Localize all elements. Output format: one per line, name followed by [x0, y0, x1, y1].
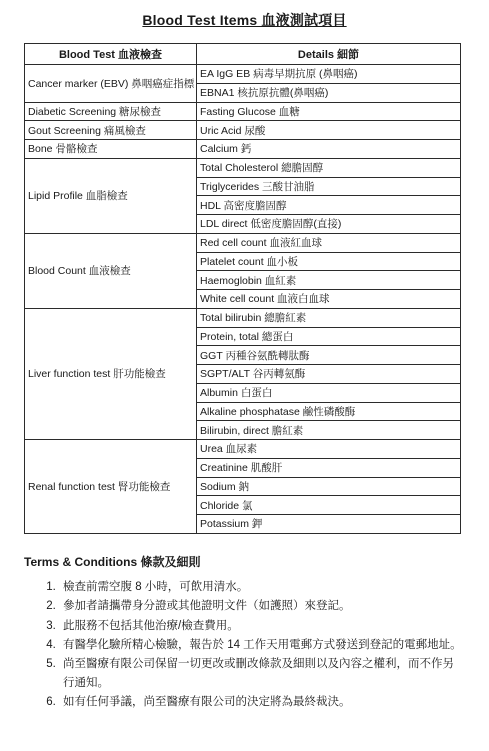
- detail-cell: Platelet count 血小板: [197, 252, 461, 271]
- table-row: Bone 骨骼檢查 Calcium 鈣: [25, 140, 461, 159]
- detail-cell: Potassium 鉀: [197, 515, 461, 534]
- table-row: Cancer marker (EBV) 鼻咽癌症指標 EA IgG EB 病毒早…: [25, 65, 461, 84]
- detail-cell: Fasting Glucose 血糖: [197, 102, 461, 121]
- terms-item: 參加者請攜帶身分證或其他證明文件（如護照）來登記。: [59, 597, 465, 615]
- blood-test-table: Blood Test 血液檢查 Details 細節 Cancer marker…: [24, 43, 461, 534]
- category-cell-lipid-profile: Lipid Profile 血脂檢查: [25, 158, 197, 233]
- detail-cell: White cell count 血液白血球: [197, 290, 461, 309]
- table-row: Lipid Profile 血脂檢查 Total Cholesterol 總膽固…: [25, 158, 461, 177]
- category-cell-diabetic: Diabetic Screening 糖尿檢查: [25, 102, 197, 121]
- detail-cell: Sodium 鈉: [197, 477, 461, 496]
- detail-cell: Alkaline phosphatase 鹼性磷酸酶: [197, 402, 461, 421]
- detail-cell: Triglycerides 三酸甘油脂: [197, 177, 461, 196]
- column-header-details: Details 細節: [197, 44, 461, 65]
- category-cell-bone: Bone 骨骼檢查: [25, 140, 197, 159]
- category-cell-renal-function: Renal function test 腎功能檢查: [25, 440, 197, 534]
- detail-cell: Protein, total 總蛋白: [197, 327, 461, 346]
- table-row: Diabetic Screening 糖尿檢查 Fasting Glucose …: [25, 102, 461, 121]
- detail-cell: EA IgG EB 病毒早期抗原 (鼻咽癌): [197, 65, 461, 84]
- detail-cell: Uric Acid 尿酸: [197, 121, 461, 140]
- detail-cell: Red cell count 血液紅血球: [197, 233, 461, 252]
- detail-cell: Total Cholesterol 總膽固醇: [197, 158, 461, 177]
- detail-cell: EBNA1 核抗原抗體(鼻咽癌): [197, 83, 461, 102]
- terms-item: 此服務不包括其他治療/檢查費用。: [59, 617, 465, 635]
- document-page: Blood Test Items 血液測試項目 Blood Test 血液檢查 …: [0, 0, 489, 751]
- table-header-row: Blood Test 血液檢查 Details 細節: [25, 44, 461, 65]
- category-cell-liver-function: Liver function test 肝功能檢查: [25, 308, 197, 439]
- detail-cell: Chloride 氯: [197, 496, 461, 515]
- terms-list: 檢查前需空腹 8 小時，可飲用清水。 參加者請攜帶身分證或其他證明文件（如護照）…: [24, 578, 465, 712]
- detail-cell: LDL direct 低密度膽固醇(直接): [197, 215, 461, 234]
- detail-cell: SGPT/ALT 谷丙轉氨酶: [197, 365, 461, 384]
- detail-cell: Calcium 鈣: [197, 140, 461, 159]
- table-row: Gout Screening 痛風檢查 Uric Acid 尿酸: [25, 121, 461, 140]
- terms-item: 如有任何爭議，尚至醫療有限公司的決定將為最終裁決。: [59, 693, 465, 711]
- detail-cell: Total bilirubin 總膽紅素: [197, 308, 461, 327]
- detail-cell: Bilirubin, direct 膽紅素: [197, 421, 461, 440]
- table-row: Renal function test 腎功能檢查 Urea 血尿素: [25, 440, 461, 459]
- detail-cell: HDL 高密度膽固醇: [197, 196, 461, 215]
- detail-cell: Creatinine 肌酸肝: [197, 458, 461, 477]
- page-title: Blood Test Items 血液測試項目: [24, 10, 465, 30]
- category-cell-blood-count: Blood Count 血液檢查: [25, 233, 197, 308]
- table-row: Liver function test 肝功能檢查 Total bilirubi…: [25, 308, 461, 327]
- column-header-blood-test: Blood Test 血液檢查: [25, 44, 197, 65]
- category-cell-cancer-marker: Cancer marker (EBV) 鼻咽癌症指標: [25, 65, 197, 103]
- table-row: Blood Count 血液檢查 Red cell count 血液紅血球: [25, 233, 461, 252]
- terms-heading: Terms & Conditions 條款及細則: [24, 553, 465, 570]
- terms-item: 檢查前需空腹 8 小時，可飲用清水。: [59, 578, 465, 596]
- category-cell-gout: Gout Screening 痛風檢查: [25, 121, 197, 140]
- detail-cell: Haemoglobin 血紅素: [197, 271, 461, 290]
- terms-item: 尚至醫療有限公司保留一切更改或刪改條款及細則以及內容之權利，而不作另行通知。: [59, 655, 465, 692]
- detail-cell: GGT 丙種谷氨酰轉肽酶: [197, 346, 461, 365]
- detail-cell: Urea 血尿素: [197, 440, 461, 459]
- terms-item: 有醫學化驗所精心檢驗，報告於 14 工作天用電郵方式發送到登記的電郵地址。: [59, 636, 465, 654]
- detail-cell: Albumin 白蛋白: [197, 383, 461, 402]
